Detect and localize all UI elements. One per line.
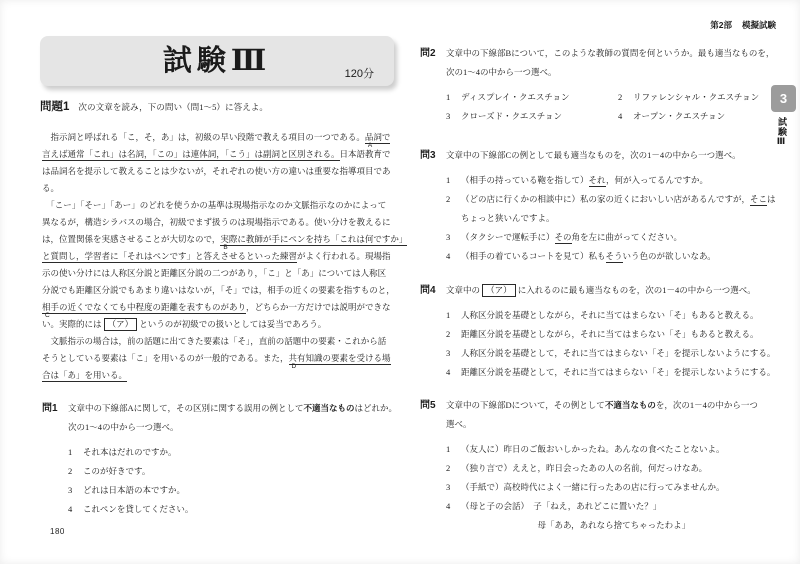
- book-spread: 試験Ⅲ 120分 問題1次の文章を読み，下の問い（問1～5）に答えよ。 指示詞と…: [0, 0, 800, 564]
- underlined-segment: それ: [589, 175, 607, 187]
- text-line: クローズド・クエスチョン: [461, 107, 618, 126]
- text-segment: （独り言で）ええと，昨日会ったあの人の名前，何だっけなあ。: [461, 463, 707, 473]
- option-number: 2: [68, 462, 83, 481]
- text-segment: 文脈指示の場合は，前の話題に出てきた要素は「そ」，直前の話題中の要素・これから話: [42, 336, 386, 346]
- option-text: ディスプレイ・クエスチョン: [461, 88, 618, 107]
- text-line: （タクシーで運転手に）その角を左に曲がってください。: [461, 228, 780, 247]
- text-segment: どれは日本語の本ですか。: [83, 485, 185, 495]
- text-segment: 異なるが，構造シラバスの場合，初級でまず扱うのは現場指示である。使い分けを教える…: [42, 217, 391, 227]
- text-segment: リファレンシャル・クエスチョン: [633, 92, 759, 102]
- running-head-title: 模擬試験: [742, 20, 776, 30]
- option-text: （タクシーで運転手に）その角を左に曲がってください。: [461, 228, 780, 247]
- text-segment: このが好きです。: [83, 466, 150, 476]
- option-number: 3: [446, 228, 461, 247]
- text-segment: 母「ああ，あれなら捨てちゃったわよ」: [538, 520, 691, 530]
- question-4-options: 1人称区分説を基礎としながら，それに当てはまらない「そ」もあると教える。2距離区…: [446, 306, 780, 382]
- text-line: ちょっと狭いんですよ。: [461, 209, 780, 228]
- text-segment: 距離区分説を基礎として，それに当てはまらない「そ」を提示しないようにする。: [461, 367, 775, 377]
- mondai-instruction: 次の文章を読み，下の問い（問1～5）に答えよ。: [78, 102, 268, 112]
- text-line: 距離区分説を基礎としながら，それに当てはまらない「そ」もあると教える。: [461, 325, 780, 344]
- question-5-label: 問5: [420, 396, 446, 535]
- option-2: 2（独り言で）ええと，昨日会ったあの人の名前，何だっけなあ。: [446, 459, 780, 478]
- text-line: 異なるが，構造シラバスの場合，初級でまず扱うのは現場指示である。使い分けを教える…: [42, 214, 398, 231]
- passage: 指示詞と呼ばれる「こ，そ，あ」は，初級の早い段階で教える項目の一つである。品詞で…: [42, 129, 398, 384]
- option-2: 2（どの店に行くかの相談中に）私の家の近くにおいしい店があるんですが，そこはちょ…: [446, 190, 780, 228]
- option-3: 3（タクシーで運転手に）その角を左に曲がってください。: [446, 228, 780, 247]
- section-tab: 3: [771, 85, 796, 112]
- question-4-label: 問4: [420, 281, 446, 382]
- option-1: 1人称区分説を基礎としながら，それに当てはまらない「そ」もあると教える。: [446, 306, 780, 325]
- text-line: と質問し，学習者に「それはペンです」と答えさせるといった練習がよく行われる。現場…: [42, 248, 398, 265]
- text-line: は，位置関係を実感させることが大切なので，実際に教師が手にペンを持ち「これは何で…: [42, 231, 398, 248]
- underline-B: 実際に教師が手にペンを持ち「これは何ですか」: [220, 234, 407, 246]
- text-line: （母と子の会話） 子「ねえ，あれどこに置いた？」: [461, 497, 780, 516]
- text-segment: 文章中の下線部Cの例として最も適当なものを，次の1－4の中から一つ選べ。: [446, 150, 741, 160]
- text-segment: ディスプレイ・クエスチョン: [461, 92, 569, 102]
- text-segment: 選べ。: [446, 419, 472, 429]
- text-segment: がよく行われる。現場指: [297, 251, 391, 261]
- option-number: 2: [446, 459, 461, 478]
- option-text: このが好きです。: [83, 462, 398, 481]
- text-segment: は，位置関係を実感させることが大切なので，: [42, 234, 220, 244]
- section-tab-number: 3: [780, 91, 787, 106]
- exam-duration: 120分: [345, 65, 374, 81]
- bold-segment: 不適当なもの: [303, 403, 354, 413]
- question-3-label: 問3: [420, 146, 446, 266]
- text-segment: は品詞名を提示して教えることは少ないが，それぞれの使い方の違いは重要な指導項目で…: [42, 166, 391, 176]
- option-number: 4: [446, 497, 461, 535]
- text-line: 相手の近くでなくても中程度の距離を表すものがあり，どちらか一方だけでは説明ができ…: [42, 299, 398, 316]
- option-2: 2このが好きです。: [68, 462, 398, 481]
- text-line: 文章中の下線部Cの例として最も適当なものを，次の1－4の中から一つ選べ。: [446, 146, 780, 165]
- underlined-segment: 合は「あ」を用いる。: [42, 370, 127, 382]
- question-1-text: 文章中の下線部Aに関して，その区別に関する誤用の例として不適当なものはどれか。次…: [68, 399, 398, 437]
- text-line: （手紙で）高校時代によく一緒に行ったあの店に行ってみませんか。: [461, 478, 780, 497]
- option-number: 4: [446, 247, 461, 266]
- question-3: 問3 文章中の下線部Cの例として最も適当なものを，次の1－4の中から一つ選べ。 …: [420, 146, 780, 266]
- option-number: 1: [446, 440, 461, 459]
- option-number: 3: [446, 107, 461, 126]
- option-text: どれは日本語の本ですか。: [83, 481, 398, 500]
- text-segment: はどれか。: [355, 403, 398, 413]
- text-line: （友人に）昨日のご飯おいしかったね。あんなの食べたことないよ。: [461, 440, 780, 459]
- question-2-options: 1ディスプレイ・クエスチョン2リファレンシャル・クエスチョン3クローズド・クエス…: [446, 88, 780, 126]
- option-number: 4: [446, 363, 461, 382]
- running-head: 第2部模擬試験: [710, 19, 776, 31]
- question-5: 問5 文章中の下線部Dについて，その例として不適当なものを，次の1－4の中から一…: [420, 396, 780, 535]
- option-text: クローズド・クエスチョン: [461, 107, 618, 126]
- text-line: 示の使い分けには人称区分説と距離区分説の二つがあり，「こ」と「あ」については人称…: [42, 265, 398, 282]
- underlined-segment: そう: [606, 251, 623, 263]
- option-4: 4距離区分説を基礎として，それに当てはまらない「そ」を提示しないようにする。: [446, 363, 780, 382]
- text-line: 次の1～4の中から一つ選べ。: [68, 418, 398, 437]
- text-line: 母「ああ，あれなら捨てちゃったわよ」: [461, 516, 780, 535]
- text-line: い。実際的には （ア） というのが初級での扱いとしては妥当であろう。: [42, 316, 398, 333]
- text-line: （相手の持っている鞄を指して）それ，何が入ってるんですか。: [461, 171, 780, 190]
- option-number: 1: [68, 443, 83, 462]
- option-3: 3（手紙で）高校時代によく一緒に行ったあの店に行ってみませんか。: [446, 478, 780, 497]
- page-right: 問2 文章中の下線部Bについて，このような教師の質問を何というか。最も適当なもの…: [400, 0, 800, 564]
- text-line: る。: [42, 180, 398, 197]
- option-text: （相手の着ているコートを見て）私もそういう色のが欲しいなあ。: [461, 247, 780, 266]
- text-line: 言えば通常「これ」は名詞，「この」は連体詞，「こう」は副詞と区別される。日本語教…: [42, 146, 398, 163]
- underlined-segment: 言えば通常「これ」は名詞，「この」は連体詞，「こう」は副詞と区別される。: [42, 149, 340, 161]
- text-line: このが好きです。: [83, 462, 398, 481]
- text-line: 選べ。: [446, 415, 780, 434]
- text-segment: （友人に）昨日のご飯おいしかったね。あんなの食べたことないよ。: [461, 444, 725, 454]
- question-1-label: 問1: [42, 399, 68, 519]
- text-segment: というのが初級での扱いとしては妥当であろう。: [137, 319, 326, 329]
- text-line: 人称区分説を基礎として，それに当てはまらない「そ」を提示しないようにする。: [461, 344, 780, 363]
- text-line: それ本はだれのですか。: [83, 443, 398, 462]
- option-4: 4（母と子の会話） 子「ねえ，あれどこに置いた？」母「ああ，あれなら捨てちゃった…: [446, 497, 780, 535]
- text-segment: ちょっと狭いんですよ。: [461, 213, 555, 223]
- option-3: 3どれは日本語の本ですか。: [68, 481, 398, 500]
- text-line: これペンを貸してください。: [83, 500, 398, 519]
- option-4: 4これペンを貸してください。: [68, 500, 398, 519]
- text-segment: い。実際的には: [42, 319, 104, 329]
- option-text: それ本はだれのですか。: [83, 443, 398, 462]
- underline-C: 相手の近くでなくても中程度の距離を表すものがあり: [42, 302, 246, 314]
- text-segment: に入れるのに最も適当なものを，次の1－4の中から一つ選べ。: [516, 285, 756, 295]
- option-4: 4オープン・クエスチョン: [618, 107, 780, 126]
- option-text: （相手の持っている鞄を指して）それ，何が入ってるんですか。: [461, 171, 780, 190]
- option-3: 3人称区分説を基礎として，それに当てはまらない「そ」を提示しないようにする。: [446, 344, 780, 363]
- option-1: 1（相手の持っている鞄を指して）それ，何が入ってるんですか。: [446, 171, 780, 190]
- text-segment: ，何が入ってるんですか。: [606, 175, 708, 185]
- option-2: 2距離区分説を基礎としながら，それに当てはまらない「そ」もあると教える。: [446, 325, 780, 344]
- question-1: 問1 文章中の下線部Aに関して，その区別に関する誤用の例として不適当なものはどれ…: [42, 399, 398, 519]
- text-segment: 示の使い分けには人称区分説と距離区分説の二つがあり，「こ」と「あ」については人称…: [42, 268, 386, 278]
- text-line: 分説でも距離区分説でもあまり違いはないが，「そ」では，相手の近くの要素を指すもの…: [42, 282, 398, 299]
- text-segment: そうとしている要素は「こ」を用いるのが一般的である。また，: [42, 353, 289, 363]
- blank-box: （ア）: [104, 318, 138, 331]
- text-line: 合は「あ」を用いる。: [42, 367, 398, 384]
- text-line: 指示詞と呼ばれる「こ，そ，あ」は，初級の早い段階で教える項目の一つである。品詞で: [42, 129, 398, 146]
- mondai-label: 問題1: [40, 101, 69, 113]
- text-line: （相手の着ているコートを見て）私もそういう色のが欲しいなあ。: [461, 247, 780, 266]
- option-text: （どの店に行くかの相談中に）私の家の近くにおいしい店があるんですが，そこはちょっ…: [461, 190, 780, 228]
- text-segment: は: [767, 194, 776, 204]
- option-2: 2リファレンシャル・クエスチョン: [618, 88, 780, 107]
- section-tab-label: 試験Ⅲ: [776, 117, 789, 148]
- text-line: オープン・クエスチョン: [633, 107, 780, 126]
- text-segment: 次の1～4の中から一つ選べ。: [446, 67, 557, 77]
- text-segment: る。: [42, 183, 59, 193]
- option-number: 1: [446, 171, 461, 190]
- question-3-text: 文章中の下線部Cの例として最も適当なものを，次の1－4の中から一つ選べ。: [446, 146, 780, 165]
- text-segment: （タクシーで運転手に）: [461, 232, 555, 242]
- question-3-options: 1（相手の持っている鞄を指して）それ，何が入ってるんですか。2（どの店に行くかの…: [446, 171, 780, 266]
- option-text: 人称区分説を基礎としながら，それに当てはまらない「そ」もあると教える。: [461, 306, 780, 325]
- text-segment: それ本はだれのですか。: [83, 447, 177, 457]
- text-line: 文章中の （ア） に入れるのに最も適当なものを，次の1－4の中から一つ選べ。: [446, 281, 780, 300]
- text-segment: （相手の持っている鞄を指して）: [461, 175, 589, 185]
- option-3: 3クローズド・クエスチョン: [446, 107, 618, 126]
- text-segment: 指示詞と呼ばれる「こ，そ，あ」は，初級の早い段階で教える項目の一つである。: [42, 132, 365, 142]
- text-segment: 距離区分説を基礎としながら，それに当てはまらない「そ」もあると教える。: [461, 329, 759, 339]
- text-segment: 人称区分説を基礎として，それに当てはまらない「そ」を提示しないようにする。: [461, 348, 775, 358]
- question-5-options: 1（友人に）昨日のご飯おいしかったね。あんなの食べたことないよ。2（独り言で）え…: [446, 440, 780, 535]
- running-head-part: 第2部: [710, 20, 732, 30]
- text-segment: いう色のが欲しいなあ。: [623, 251, 716, 261]
- text-segment: 次の1～4の中から一つ選べ。: [68, 422, 179, 432]
- text-segment: ，どちらか一方だけでは説明ができな: [246, 302, 391, 312]
- page-number-left: 180: [50, 527, 65, 536]
- question-2-text: 文章中の下線部Bについて，このような教師の質問を何というか。最も適当なものを，次…: [446, 44, 780, 82]
- option-text: （友人に）昨日のご飯おいしかったね。あんなの食べたことないよ。: [461, 440, 780, 459]
- text-segment: 角を左に曲がってください。: [572, 232, 683, 242]
- option-number: 4: [68, 500, 83, 519]
- option-number: 3: [68, 481, 83, 500]
- text-segment: 文章中の下線部Dについて，その例として: [446, 400, 605, 410]
- text-segment: 人称区分説を基礎としながら，それに当てはまらない「そ」もあると教える。: [461, 310, 759, 320]
- text-segment: 「こー」「そー」「あー」のどれを使うかの基準は現場指示なのか文脈指示なのかによっ…: [42, 200, 386, 210]
- text-line: どれは日本語の本ですか。: [83, 481, 398, 500]
- text-segment: を，次の1－4の中から一つ: [656, 400, 758, 410]
- option-number: 2: [446, 190, 461, 228]
- text-segment: （母と子の会話） 子「ねえ，あれどこに置いた？」: [461, 501, 661, 511]
- option-text: リファレンシャル・クエスチョン: [633, 88, 780, 107]
- text-segment: オープン・クエスチョン: [633, 111, 725, 121]
- underlined-segment: その: [555, 232, 572, 244]
- question-4-text: 文章中の （ア） に入れるのに最も適当なものを，次の1－4の中から一つ選べ。: [446, 281, 780, 300]
- option-number: 1: [446, 88, 461, 107]
- text-line: ディスプレイ・クエスチョン: [461, 88, 618, 107]
- text-line: 文脈指示の場合は，前の話題に出てきた要素は「そ」，直前の話題中の要素・これから話: [42, 333, 398, 350]
- text-line: 文章中の下線部Dについて，その例として不適当なものを，次の1－4の中から一つ: [446, 396, 780, 415]
- exam-title-block: 試験Ⅲ 120分: [40, 36, 394, 86]
- option-text: これペンを貸してください。: [83, 500, 398, 519]
- text-segment: 文章中の下線部Aに関して，その区別に関する誤用の例として: [68, 403, 303, 413]
- option-number: 1: [446, 306, 461, 325]
- option-text: （母と子の会話） 子「ねえ，あれどこに置いた？」母「ああ，あれなら捨てちゃったわ…: [461, 497, 780, 535]
- question-2: 問2 文章中の下線部Bについて，このような教師の質問を何というか。最も適当なもの…: [420, 44, 780, 126]
- bold-segment: 不適当なもの: [605, 400, 656, 410]
- mondai-heading: 問題1次の文章を読み，下の問い（問1～5）に答えよ。: [40, 97, 268, 115]
- text-segment: これペンを貸してください。: [83, 504, 193, 514]
- text-segment: （どの店に行くかの相談中に）私の家の近くにおいしい店があるんですが，: [461, 194, 750, 204]
- option-1: 1それ本はだれのですか。: [68, 443, 398, 462]
- option-4: 4（相手の着ているコートを見て）私もそういう色のが欲しいなあ。: [446, 247, 780, 266]
- page-left: 試験Ⅲ 120分 問題1次の文章を読み，下の問い（問1～5）に答えよ。 指示詞と…: [0, 0, 400, 564]
- text-line: そうとしている要素は「こ」を用いるのが一般的である。また，共有知識の要素を受ける…: [42, 350, 398, 367]
- text-line: は品詞名を提示して教えることは少ないが，それぞれの使い方の違いは重要な指導項目で…: [42, 163, 398, 180]
- text-segment: クローズド・クエスチョン: [461, 111, 562, 121]
- option-1: 1ディスプレイ・クエスチョン: [446, 88, 618, 107]
- option-number: 4: [618, 107, 633, 126]
- text-segment: 日本語教育で: [340, 149, 391, 159]
- option-text: （独り言で）ええと，昨日会ったあの人の名前，何だっけなあ。: [461, 459, 780, 478]
- underline-D: 共有知識の要素を受ける場: [289, 353, 391, 365]
- text-line: 次の1～4の中から一つ選べ。: [446, 63, 780, 82]
- option-number: 2: [618, 88, 633, 107]
- text-line: （独り言で）ええと，昨日会ったあの人の名前，何だっけなあ。: [461, 459, 780, 478]
- option-number: 3: [446, 478, 461, 497]
- question-1-options: 1それ本はだれのですか。2このが好きです。3どれは日本語の本ですか。4これペンを…: [68, 443, 398, 519]
- text-line: 「こー」「そー」「あー」のどれを使うかの基準は現場指示なのか文脈指示なのかによっ…: [42, 197, 398, 214]
- option-text: （手紙で）高校時代によく一緒に行ったあの店に行ってみませんか。: [461, 478, 780, 497]
- option-1: 1（友人に）昨日のご飯おいしかったね。あんなの食べたことないよ。: [446, 440, 780, 459]
- text-segment: 文章中の: [446, 285, 482, 295]
- text-line: リファレンシャル・クエスチョン: [633, 88, 780, 107]
- text-segment: 分説でも距離区分説でもあまり違いはないが，「そ」では，相手の近くの要素を指すもの…: [42, 285, 395, 295]
- option-number: 2: [446, 325, 461, 344]
- underlined-segment: と質問し，学習者に「それはペンです」と答えさせるといった練習: [42, 251, 297, 263]
- option-text: オープン・クエスチョン: [633, 107, 780, 126]
- text-line: 人称区分説を基礎としながら，それに当てはまらない「そ」もあると教える。: [461, 306, 780, 325]
- text-line: 距離区分説を基礎として，それに当てはまらない「そ」を提示しないようにする。: [461, 363, 780, 382]
- option-text: 人称区分説を基礎として，それに当てはまらない「そ」を提示しないようにする。: [461, 344, 780, 363]
- question-2-label: 問2: [420, 44, 446, 126]
- option-number: 3: [446, 344, 461, 363]
- blank-box: （ア）: [482, 284, 516, 297]
- exam-title: 試験Ⅲ: [40, 36, 394, 86]
- text-line: 文章中の下線部Aに関して，その区別に関する誤用の例として不適当なものはどれか。: [68, 399, 398, 418]
- text-segment: 文章中の下線部Bについて，このような教師の質問を何というか。最も適当なものを，: [446, 48, 774, 58]
- text-line: 文章中の下線部Bについて，このような教師の質問を何というか。最も適当なものを，: [446, 44, 780, 63]
- option-text: 距離区分説を基礎として，それに当てはまらない「そ」を提示しないようにする。: [461, 363, 780, 382]
- text-line: （どの店に行くかの相談中に）私の家の近くにおいしい店があるんですが，そこは: [461, 190, 780, 209]
- underlined-segment: そこ: [750, 194, 767, 206]
- question-5-text: 文章中の下線部Dについて，その例として不適当なものを，次の1－4の中から一つ選べ…: [446, 396, 780, 434]
- underline-A: 品詞で: [365, 132, 391, 144]
- question-4: 問4 文章中の （ア） に入れるのに最も適当なものを，次の1－4の中から一つ選べ…: [420, 281, 780, 382]
- text-segment: （手紙で）高校時代によく一緒に行ったあの店に行ってみませんか。: [461, 482, 725, 492]
- option-text: 距離区分説を基礎としながら，それに当てはまらない「そ」もあると教える。: [461, 325, 780, 344]
- text-segment: （相手の着ているコートを見て）私も: [461, 251, 606, 261]
